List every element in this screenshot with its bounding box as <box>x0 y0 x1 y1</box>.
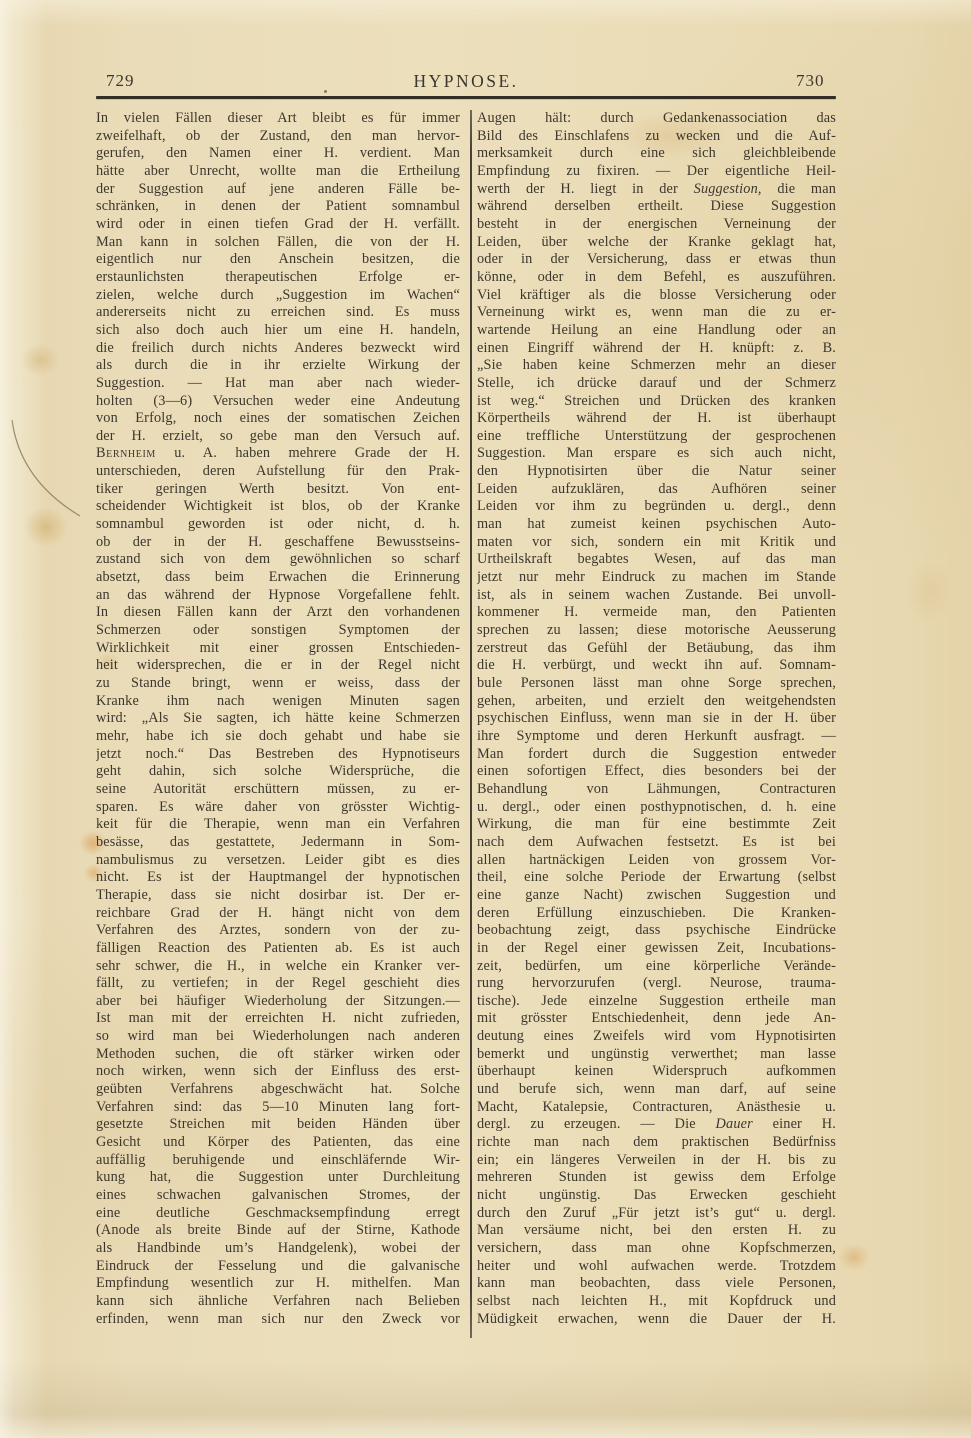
text-line: Urtheilskraft begabtes Wesen, auf das ma… <box>477 551 836 569</box>
text-line: richte man nach dem praktischen Bedürfni… <box>477 1134 836 1152</box>
text-line: tische). Jede einzelne Suggestion erthei… <box>477 993 836 1011</box>
text-line: geübten Verfahrens abgeschwächt hat. Sol… <box>96 1081 460 1099</box>
text-line: kann man beobachten, dass viele Personen… <box>477 1275 836 1293</box>
running-title: HYPNOSE. <box>96 71 836 92</box>
text-line: Stelle, ich drücke darauf und der Schmer… <box>477 375 836 393</box>
text-line: theil, eine solche Periode der Erwartung… <box>477 869 836 887</box>
text-line: nambulismus zu versetzen. Leider gibt es… <box>96 852 460 870</box>
text-line: kung hat, die Suggestion unter Durchleit… <box>96 1169 460 1187</box>
text-line: holten (3—6) Versuchen weder eine Andeut… <box>96 393 460 411</box>
text-line: mehr, habe ich sie doch gehabt und habe … <box>96 728 460 746</box>
paper-stain <box>898 548 962 634</box>
text-line: Leiden vor ihm zu begründen u. dergl., d… <box>477 498 836 516</box>
text-line: In vielen Fällen dieser Art bleibt es fü… <box>96 110 460 128</box>
text-line: u. dergl., oder einen posthypnotischen, … <box>477 799 836 817</box>
text-line: sparen. Es wäre daher von grösster Wicht… <box>96 799 460 817</box>
text-line: mit grösster Entschiedenheit, denn jede … <box>477 1010 836 1028</box>
scanned-book-page: 729 HYPNOSE. 730 In vielen Fällen dieser… <box>0 0 971 1438</box>
text-line: gerufen, den Namen einer H. verdient. Ma… <box>96 145 460 163</box>
text-line: gehen, arbeiten, und erzielt den weitgeh… <box>477 693 836 711</box>
text-line: Verfahren des Arztes, sondern von der zu… <box>96 922 460 940</box>
text-line: Macht, Katalepsie, Contracturen, Anästhe… <box>477 1099 836 1117</box>
text-line: Empfindung zu fixiren. — Der eigentliche… <box>477 163 836 181</box>
text-line: merksamkeit durch eine sich gleichbleibe… <box>477 145 836 163</box>
text-line: „Sie haben keine Schmerzen mehr an diese… <box>477 357 836 375</box>
text-line: nicht. Es ist der Hauptmangel der hypnot… <box>96 869 460 887</box>
text-line: eine ganze Nacht) zwischen Suggestion un… <box>477 887 836 905</box>
text-line: reichbare Grad der H. hängt nicht von de… <box>96 905 460 923</box>
text-column-right: Augen hält: durch Gedankenassociation da… <box>477 110 836 1328</box>
text-line: kann sich ähnliche Verfahren nach Belieb… <box>96 1293 460 1311</box>
text-line: schränken, in denen der Patient somnambu… <box>96 198 460 216</box>
text-line: deren Erfüllung einzuschieben. Die Krank… <box>477 905 836 923</box>
text-line: und berufe sich, wenn man darf, auf sein… <box>477 1081 836 1099</box>
text-line: nicht ungünstig. Das Erwecken geschieht <box>477 1187 836 1205</box>
text-line: werth der H. liegt in der Suggestion, di… <box>477 181 836 199</box>
text-line: Man kann in solchen Fällen, die von der … <box>96 234 460 252</box>
text-line: die H. verbürgt, und weckt ihn auf. Somn… <box>477 657 836 675</box>
text-line: (Anode als breite Binde auf der Stirne, … <box>96 1222 460 1240</box>
text-line: so wird man bei Wiederholungen nach ande… <box>96 1028 460 1046</box>
text-line: Kranke ihm nach wenigen Minuten sagen <box>96 693 460 711</box>
ink-speck <box>324 90 327 93</box>
text-line: scheidender Wichtigkeit ist blos, ob der… <box>96 498 460 516</box>
text-line: ob der in der H. geschaffene Bewusstsein… <box>96 534 460 552</box>
text-line: Viel kräftiger als die blosse Versicheru… <box>477 287 836 305</box>
text-line: Verfahren sind: das 5—10 Minuten lang fo… <box>96 1099 460 1117</box>
text-line: eigentlich nur den Anschein besitzen, di… <box>96 251 460 269</box>
text-line: fällt, zu vertiefen; in der Regel geschi… <box>96 975 460 993</box>
header-rule <box>96 96 836 99</box>
text-line: einen sofortigen Effect, dies besonders … <box>477 763 836 781</box>
text-line: sprechen zu lassen; diese motorische Aeu… <box>477 622 836 640</box>
text-line: wird oder in einen tiefen Grad der H. ve… <box>96 216 460 234</box>
text-line: erfinden, wenn man sich nur den Zweck vo… <box>96 1311 460 1329</box>
scratch-mark <box>4 412 94 532</box>
text-line: maten vor sich, sondern ein mit Kritik u… <box>477 534 836 552</box>
text-line: andererseits nicht zu erreichen sind. Es… <box>96 304 460 322</box>
text-line: ein; ein längeres Verweilen in der H. bi… <box>477 1152 836 1170</box>
text-line: heit widersprechen, die er in der Regel … <box>96 657 460 675</box>
text-line: heiter und wohl aufwachen werde. Trotzde… <box>477 1258 836 1276</box>
text-line: Behandlung von Lähmungen, Contracturen <box>477 781 836 799</box>
text-line: bemerkt und ungünstig verwerthet; man la… <box>477 1046 836 1064</box>
text-line: geht dahin, sich solche Widersprüche, di… <box>96 763 460 781</box>
text-line: oder in der Versicherung, dass er etwas … <box>477 251 836 269</box>
text-line: man hat zumeist keinen psychischen Auto- <box>477 516 836 534</box>
text-line: Eindruck der Fesselung und die galvanisc… <box>96 1258 460 1276</box>
text-line: ist, als in seinem wachen Zustande. Bei … <box>477 587 836 605</box>
text-line: allen hartnäckigen Leiden von grossem Vo… <box>477 852 836 870</box>
text-line: an das während der Hypnose Vorgefallene … <box>96 587 460 605</box>
text-line: besässe, das gestattete, Jedermann in So… <box>96 834 460 852</box>
text-line: beobachtung zeigt, dass psychische Eindr… <box>477 922 836 940</box>
text-line: in der Regel einer gewissen Zeit, Incuba… <box>477 940 836 958</box>
text-line: als Handbinde um’s Handgelenk), wobei de… <box>96 1240 460 1258</box>
text-line: Empfindung wesentlich zur H. mithelfen. … <box>96 1275 460 1293</box>
text-line: nach dem Aufwachen festsetzt. Es ist bei <box>477 834 836 852</box>
text-line: jetzt nur mehr Eindruck zu machen im Sta… <box>477 569 836 587</box>
text-line: Körpertheils während der H. ist überhaup… <box>477 410 836 428</box>
text-line: Wirklichkeit mit einer grossen Entschied… <box>96 640 460 658</box>
text-line: Man versäume nicht, bei den ersten H. zu <box>477 1222 836 1240</box>
text-line: keit für die Therapie, wenn man ein Verf… <box>96 816 460 834</box>
column-divider <box>470 110 472 1338</box>
text-line: Bild des Einschlafens zu wecken und die … <box>477 128 836 146</box>
text-line: zu Stande bringt, wenn er weiss, dass de… <box>96 675 460 693</box>
text-line: versichern, dass man ohne Kopfschmerzen, <box>477 1240 836 1258</box>
text-line: seine Autorität erschüttern müssen, zu e… <box>96 781 460 799</box>
text-line: Suggestion. Man erspare es sich auch nic… <box>477 445 836 463</box>
page-number-right: 730 <box>796 71 825 91</box>
text-line: Therapie, dass sie nicht dosirbar ist. D… <box>96 887 460 905</box>
text-line: zustand sich von dem gewöhnlichen so sch… <box>96 551 460 569</box>
text-line: von Erfolg, noch eines der somatischen Z… <box>96 410 460 428</box>
text-line: während derselben ertheilt. Diese Sugges… <box>477 198 836 216</box>
text-line: einen Eingriff während der H. knüpft: z.… <box>477 340 836 358</box>
text-line: Man fordert durch die Suggestion entwede… <box>477 746 836 764</box>
text-line: eines schwachen galvanischen Stromes, de… <box>96 1187 460 1205</box>
text-line: zeit, bedürfen, um eine körperliche Verä… <box>477 958 836 976</box>
text-line: jetzt noch.“ Das Bestreben des Hypnotise… <box>96 746 460 764</box>
text-line: auffällig beruhigende und einschläfernde… <box>96 1152 460 1170</box>
text-line: gesetzte Streichen mit beiden Händen übe… <box>96 1116 460 1134</box>
paper-stain <box>16 500 76 554</box>
text-line: Methoden suchen, die oft stärker wirken … <box>96 1046 460 1064</box>
text-line: noch wirken, wenn sich der Einfluss des … <box>96 1063 460 1081</box>
text-line: bule Personen lässt man ohne Sorge sprec… <box>477 675 836 693</box>
text-line: unterschieden, deren Aufstellung für den… <box>96 463 460 481</box>
paper-stain <box>832 1238 876 1276</box>
text-line: Ist man mit der erreichten H. nicht zufr… <box>96 1010 460 1028</box>
text-line: der H. erzielt, so gebe man den Versuch … <box>96 428 460 446</box>
text-line: selbst nach leichten H., mit Kopfdruck u… <box>477 1293 836 1311</box>
text-line: Augen hält: durch Gedankenassociation da… <box>477 110 836 128</box>
text-line: sehr schwer, die H., in welche ein Krank… <box>96 958 460 976</box>
text-line: die freilich durch nichts Anderes bezwec… <box>96 340 460 358</box>
text-line: könne, oder in dem Befehl, es auszuführe… <box>477 269 836 287</box>
text-line: dergl. zu erzeugen. — Die Dauer einer H. <box>477 1116 836 1134</box>
text-line: Gesicht und Körper des Patienten, das ei… <box>96 1134 460 1152</box>
text-line: deutung eines Zweifels wird vom Hypnotis… <box>477 1028 836 1046</box>
text-line: In diesen Fällen kann der Arzt den vorha… <box>96 604 460 622</box>
text-line: wartende Heilung an eine Handlung oder a… <box>477 322 836 340</box>
text-line: absetzt, dass beim Erwachen die Erinneru… <box>96 569 460 587</box>
text-line: Leiden, über welche der Kranke geklagt h… <box>477 234 836 252</box>
text-line: Schmerzen oder sonstigen Symptomen der <box>96 622 460 640</box>
text-line: mehreren Stunden ist gewiss dem Erfolge <box>477 1169 836 1187</box>
text-line: durch den Zuruf „Für jetzt ist’s gut“ u.… <box>477 1205 836 1223</box>
text-line: psychischen Einfluss, wenn man sie in de… <box>477 710 836 728</box>
text-line: erstaunlichsten therapeutischen Erfolge … <box>96 269 460 287</box>
text-line: tiker geringen Werth besitzt. Von ent- <box>96 481 460 499</box>
text-line: der Suggestion auf jene anderen Fälle be… <box>96 181 460 199</box>
text-line: wird: „Als Sie sagten, ich hätte keine S… <box>96 710 460 728</box>
text-line: fälligen Reaction des Patienten ab. Es i… <box>96 940 460 958</box>
text-line: zerstreut das Gefühl der Betäubung, das … <box>477 640 836 658</box>
text-line: kommener H. vermeide man, den Patienten <box>477 604 836 622</box>
paper-stain <box>14 338 66 382</box>
text-line: besteht in der energischen Verneinung de… <box>477 216 836 234</box>
text-line: sich also doch auch hier um eine H. hand… <box>96 322 460 340</box>
text-line: eine treffliche Unterstützung der gespro… <box>477 428 836 446</box>
text-line: zielen, welche durch „Suggestion im Wach… <box>96 287 460 305</box>
text-line: Müdigkeit erwachen, wenn die Dauer der H… <box>477 1311 836 1329</box>
text-line: Leiden aufzuklären, das Aufhören seiner <box>477 481 836 499</box>
text-line: ihre Symptome und deren Herkunft ausfrag… <box>477 728 836 746</box>
text-line: Bernheim u. A. haben mehrere Grade der H… <box>96 445 460 463</box>
text-line: Verneinung wirkt es, wenn man die zu er- <box>477 304 836 322</box>
text-line: den Hypnotisirten über die Natur seiner <box>477 463 836 481</box>
text-column-left: In vielen Fällen dieser Art bleibt es fü… <box>96 110 460 1328</box>
text-line: als durch die in ihr erzielte Wirkung de… <box>96 357 460 375</box>
text-line: ist weg.“ Streichen und Drücken des kran… <box>477 393 836 411</box>
text-line: eine deutliche Geschmacksempfindung erre… <box>96 1205 460 1223</box>
text-line: aber bei häufiger Wiederholung der Sitzu… <box>96 993 460 1011</box>
text-line: zweifelhaft, ob der Zustand, den man her… <box>96 128 460 146</box>
text-line: Suggestion. — Hat man aber nach wieder- <box>96 375 460 393</box>
text-line: somnambul geworden ist oder nicht, d. h. <box>96 516 460 534</box>
text-line: überhaupt keinen Widerspruch aufkommen <box>477 1063 836 1081</box>
text-line: hätte aber Unrecht, wollte man die Erthe… <box>96 163 460 181</box>
text-line: rung hervorzurufen (vergl. Neurose, trau… <box>477 975 836 993</box>
text-line: Wirkung, die man für eine bestimmte Zeit <box>477 816 836 834</box>
